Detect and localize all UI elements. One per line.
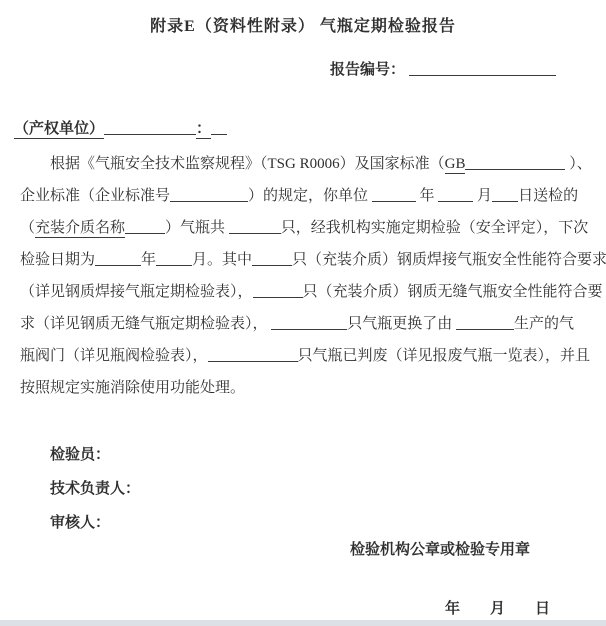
blank-underline [492, 188, 518, 202]
blank-underline [170, 188, 248, 202]
text-segment: ： [196, 121, 211, 139]
report-number-row: 报告编号： [330, 58, 556, 79]
text-segment: 年 [141, 252, 156, 268]
text-segment: 瓶阀门（详见瓶阀检验表）， [20, 348, 208, 364]
stamp-note: 检验机构公章或检验专用章 [350, 538, 530, 559]
text-segment: 日送检的 [518, 188, 578, 204]
blank-underline [465, 156, 565, 170]
reviewer-row: 审核人： [50, 506, 140, 540]
text-segment: GB [445, 156, 466, 174]
text-segment: 按照规定实施消除使用功能处理。 [20, 380, 245, 396]
body-line: 检验日期为年月。其中只（充装介质）钢质焊接气瓶安全性能符合要求 [20, 244, 592, 276]
text-segment: 根据《气瓶安全技术监察规程》（TSG R0006）及国家标准（ [50, 156, 445, 172]
text-segment: （产权单位） [14, 121, 104, 139]
blank-underline [104, 121, 196, 135]
date-line: 年 月 日 [445, 597, 550, 618]
bottom-border-strip [0, 620, 606, 626]
text-segment: 只气瓶已判废（详见报废气瓶一览表），并且 [298, 348, 591, 364]
blank-underline [252, 252, 292, 266]
blank-underline [271, 316, 347, 330]
page-title: 附录E（资料性附录） 气瓶定期检验报告 [0, 13, 606, 36]
blank-underline [208, 348, 298, 362]
body-line: （充装介质名称）气瓶共 只，经我机构实施定期检验（安全评定），下次 [20, 212, 592, 244]
text-segment: 检验日期为 [20, 252, 95, 268]
blank-underline [409, 62, 556, 76]
body-line: 瓶阀门（详见瓶阀检验表），只气瓶已判废（详见报废气瓶一览表），并且 [20, 340, 592, 372]
blank-underline [438, 188, 473, 202]
blank-underline [125, 220, 165, 234]
body-line: 根据《气瓶安全技术监察规程》（TSG R0006）及国家标准（GB ）、 [20, 148, 592, 180]
text-segment: 生产的气 [514, 316, 574, 332]
report-body-paragraph: 根据《气瓶安全技术监察规程》（TSG R0006）及国家标准（GB ）、 企业标… [20, 148, 592, 404]
blank-underline [211, 121, 227, 135]
text-segment: 只，经我机构实施定期检验（安全评定），下次 [281, 220, 589, 236]
blank-underline [229, 220, 281, 234]
report-page: 附录E（资料性附录） 气瓶定期检验报告 报告编号： （产权单位）： 根据《气瓶安… [0, 0, 606, 626]
owner-unit-row: （产权单位）： [14, 117, 227, 138]
blank-underline [156, 252, 192, 266]
blank-underline [95, 252, 141, 266]
body-line: 求（详见钢质无缝气瓶定期检验表）， 只气瓶更换了由 生产的气 [20, 308, 592, 340]
text-segment: 只（充装介质）钢质无缝气瓶安全性能符合要 [303, 284, 603, 300]
tech-lead-row: 技术负责人： [50, 472, 140, 506]
text-segment: （ [20, 220, 35, 236]
text-segment: 报告编号： [330, 62, 409, 78]
body-line: 按照规定实施消除使用功能处理。 [20, 372, 592, 404]
text-segment: 求（详见钢质无缝气瓶定期检验表）， [20, 316, 271, 332]
inspector-row: 检验员： [50, 438, 140, 472]
text-segment: ）的规定，你单位 [248, 188, 372, 204]
blank-underline [253, 284, 303, 298]
text-segment: ）、 [565, 156, 591, 172]
text-segment: 企业标准（企业标准号 [20, 188, 170, 204]
text-segment: 只（充装介质）钢质焊接气瓶安全性能符合要求 [292, 252, 606, 268]
text-segment: ）气瓶共 [165, 220, 229, 236]
text-segment: 月 [473, 188, 492, 204]
body-line: （详见钢质焊接气瓶定期检验表），只（充装介质）钢质无缝气瓶安全性能符合要 [20, 276, 592, 308]
text-segment: 月。其中 [192, 252, 252, 268]
text-segment: 充装介质名称 [35, 220, 125, 238]
blank-underline [372, 188, 416, 202]
blank-underline [456, 316, 514, 330]
text-segment: 年 [416, 188, 439, 204]
signatures-block: 检验员： 技术负责人： 审核人： [50, 438, 140, 540]
body-line: 企业标准（企业标准号）的规定，你单位 年 月日送检的 [20, 180, 592, 212]
text-segment: （详见钢质焊接气瓶定期检验表）， [20, 284, 253, 300]
text-segment: 只气瓶更换了由 [347, 316, 456, 332]
